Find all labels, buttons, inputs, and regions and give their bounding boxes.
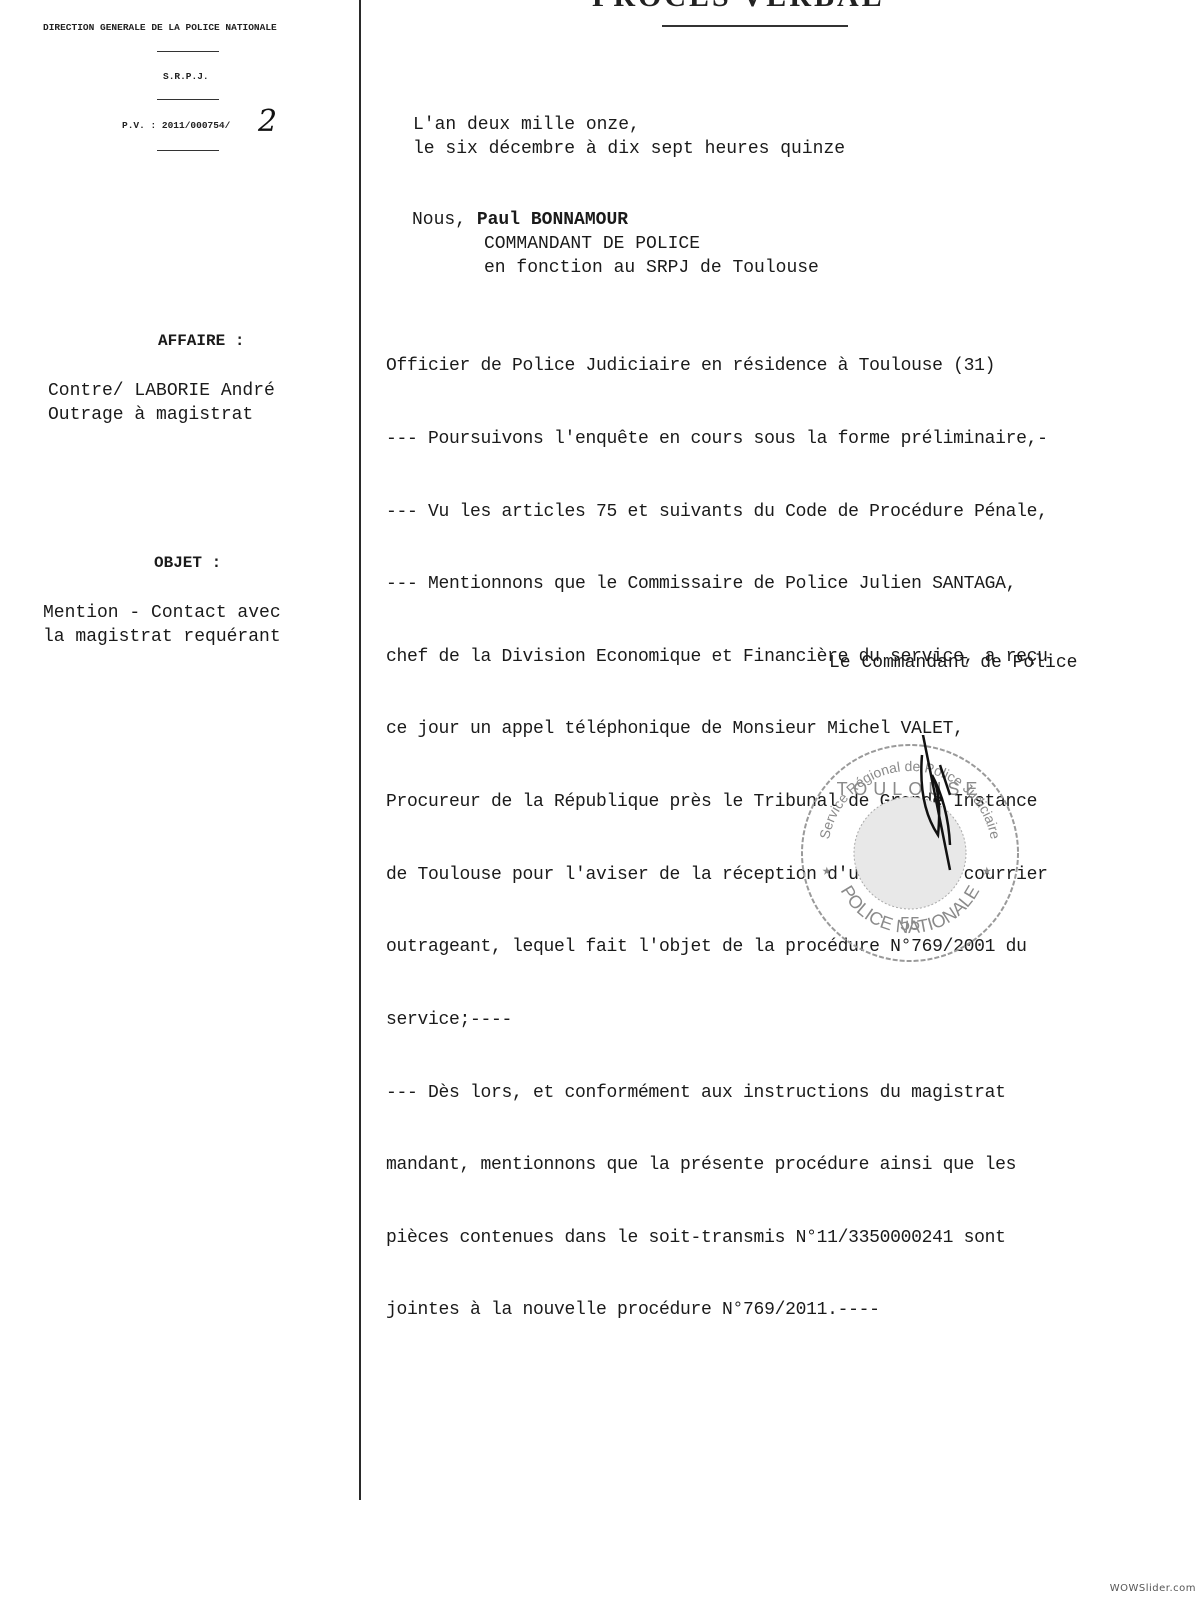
body-line: mandant, mentionnons que la présente pro…	[386, 1153, 1048, 1177]
body-line: service;----	[386, 1008, 1048, 1032]
police-stamp: Service Régional de Police Judiciaire PO…	[800, 735, 1020, 965]
body-line: jointes à la nouvelle procédure N°769/20…	[386, 1298, 1048, 1322]
body-line: pièces contenues dans le soit-transmis N…	[386, 1226, 1048, 1250]
officer-name: Paul BONNAMOUR	[477, 210, 628, 230]
service-header: S.R.P.J.	[163, 71, 209, 82]
document-title: PROCES VERBAL	[592, 0, 885, 14]
objet-heading: OBJET :	[154, 554, 221, 572]
nous-label: Nous,	[412, 210, 466, 230]
body-line: --- Dès lors, et conformément aux instru…	[386, 1081, 1048, 1105]
body-line: --- Mentionnons que le Commissaire de Po…	[386, 572, 1048, 596]
header-rule	[157, 99, 219, 100]
date-line: L'an deux mille onze,	[413, 113, 640, 138]
officer-intro: Nous, Paul BONNAMOUR	[412, 208, 628, 233]
body-line: --- Vu les articles 75 et suivants du Co…	[386, 500, 1048, 524]
pv-number: P.V. : 2011/000754/	[122, 120, 230, 131]
header-rule	[157, 150, 219, 151]
star-icon: ★	[982, 862, 992, 880]
officer-assignment: en fonction au SRPJ de Toulouse	[484, 256, 819, 281]
stamp-number: 55	[900, 914, 920, 934]
affaire-line: Outrage à magistrat	[48, 403, 253, 428]
affaire-line: Contre/ LABORIE André	[48, 379, 275, 404]
organization-header: DIRECTION GENERALE DE LA POLICE NATIONAL…	[43, 22, 277, 33]
objet-line: la magistrat requérant	[43, 625, 281, 650]
body-line: --- Poursuivons l'enquête en cours sous …	[386, 427, 1048, 451]
affaire-heading: AFFAIRE :	[158, 332, 244, 350]
stamp-city: TOULOUSE	[837, 779, 984, 799]
column-divider	[359, 0, 361, 1500]
watermark: WOWSlider.com	[1110, 1583, 1196, 1594]
pv-handwritten-number: 2	[258, 104, 277, 139]
officer-rank: COMMANDANT DE POLICE	[484, 232, 700, 257]
date-line: le six décembre à dix sept heures quinze	[413, 137, 845, 162]
body-line: Officier de Police Judiciaire en résiden…	[386, 354, 1048, 378]
objet-line: Mention - Contact avec	[43, 601, 281, 626]
header-rule	[157, 51, 219, 52]
signature-line: Le Commandant de Police	[829, 651, 1077, 676]
title-underline	[662, 25, 848, 27]
star-icon: ★	[822, 862, 832, 880]
